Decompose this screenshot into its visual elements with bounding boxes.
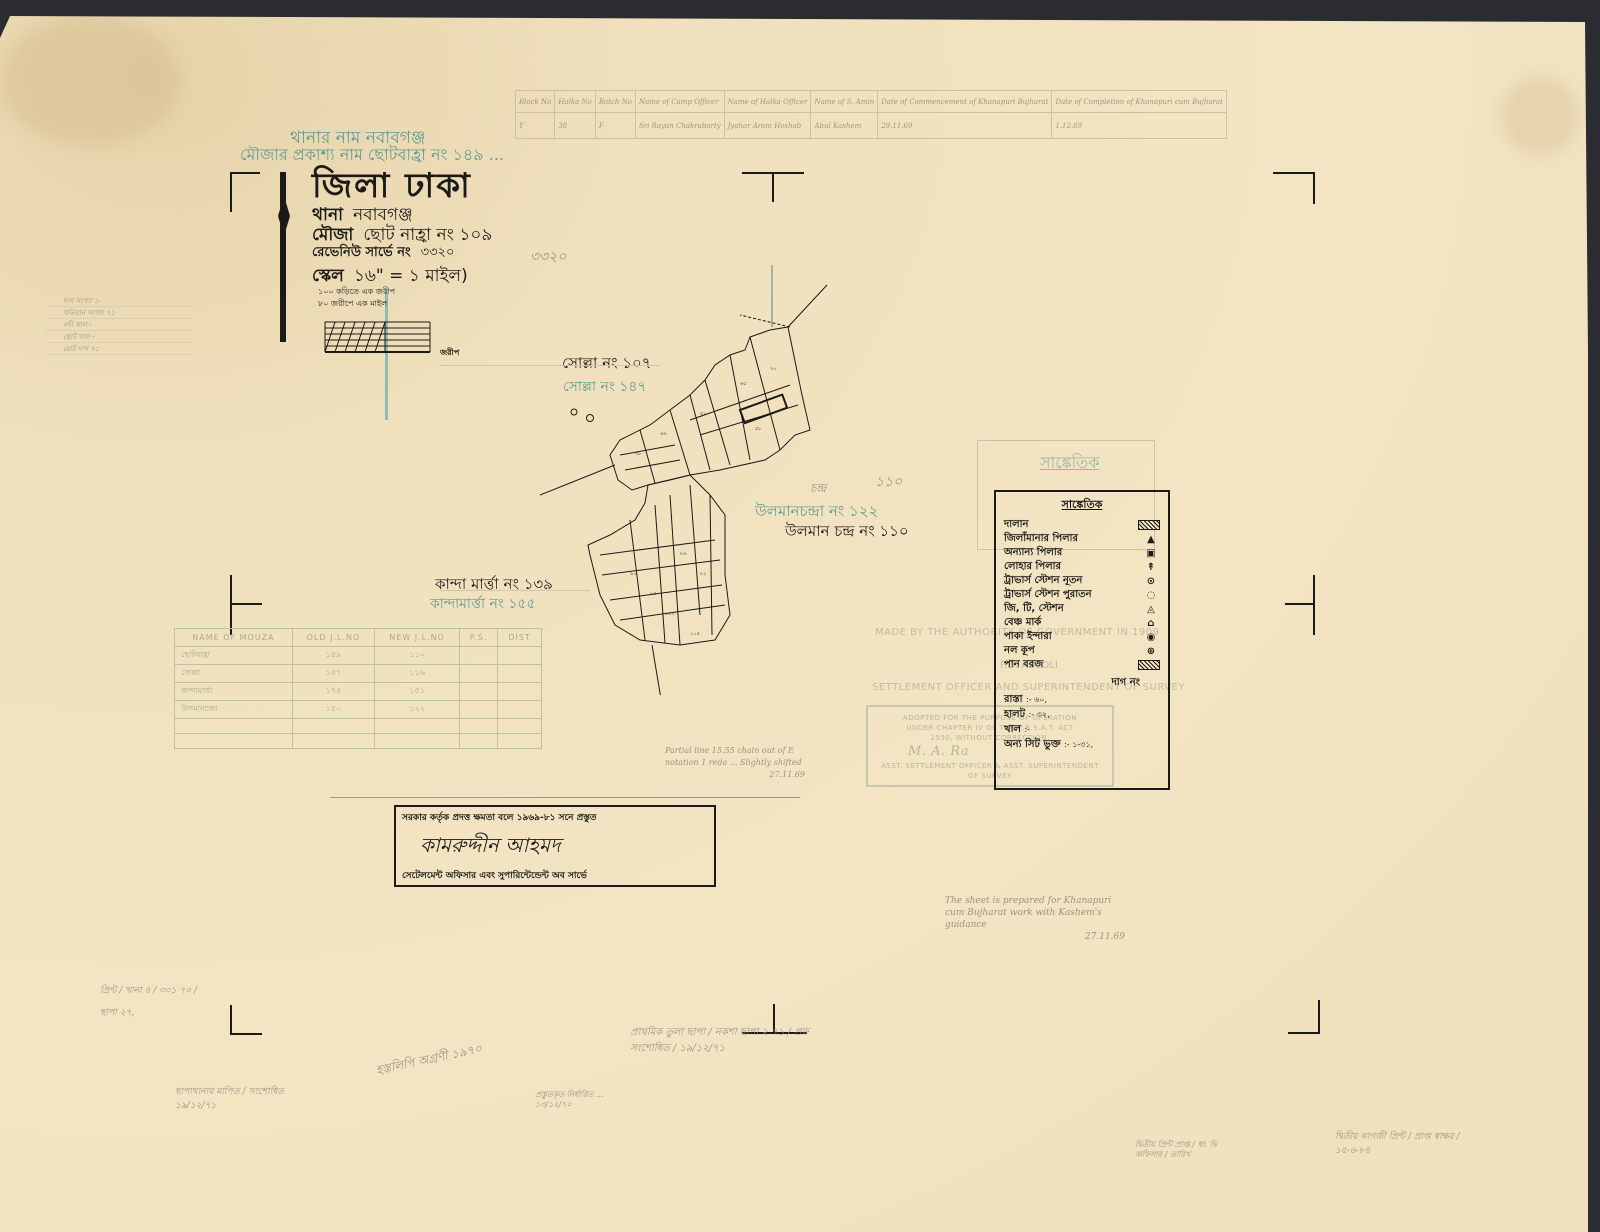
column-header-old-jl: OLD J.L.NO	[292, 629, 374, 647]
left-summary-list: দাগ সংখ্যা ১- খতিয়ান সংখ্যা ৭১ নদী খাল …	[45, 295, 195, 355]
dist-cell	[498, 683, 542, 701]
ps-cell	[460, 719, 498, 734]
register-cell: 1.12.69	[1052, 113, 1227, 139]
ps-cell	[460, 683, 498, 701]
iron-pillar-icon: ↟	[1142, 562, 1160, 573]
dag-number-header: দাগ নং	[1004, 675, 1160, 692]
entry-label: রাস্তা	[1004, 694, 1023, 705]
register-header: Name of Halka Officer	[724, 91, 811, 113]
left-list-item: খতিয়ান সংখ্যা ৭১	[45, 307, 195, 319]
register-header: Halka No	[555, 91, 596, 113]
crop-mark-right-stem	[1313, 575, 1315, 635]
village-underline	[440, 365, 660, 366]
scale-note-2: ৮০ জরীপে এক মাইল	[318, 298, 387, 311]
register-header: Date of Completion of Khanapuri cum Bujh…	[1052, 91, 1227, 113]
register-cell: F	[595, 113, 635, 139]
new-jl-cell: ১১৬	[375, 665, 460, 683]
crop-mark-right-arm	[1285, 603, 1315, 605]
ornament-bar	[280, 172, 286, 342]
crop-mark-tr	[1273, 172, 1315, 204]
dist-cell	[498, 647, 542, 665]
register-cell: 29.11.69	[878, 113, 1052, 139]
column-header-mouza: NAME OF MOUZA	[175, 629, 293, 647]
well-icon: ◉	[1142, 632, 1160, 643]
pencil-110: ১১০	[875, 470, 902, 494]
crop-mark-left-arm	[230, 603, 262, 605]
mouza-table-header: NAME OF MOUZA OLD J.L.NO NEW J.L.NO P.S.…	[175, 629, 542, 647]
crop-mark-tl	[230, 172, 260, 212]
pencil-note-date: 27.11.69	[665, 769, 805, 781]
register-header: Date of Commencement of Khanapuri Bujhar…	[878, 91, 1052, 113]
dist-cell	[498, 665, 542, 683]
table-row: ছোটবাহ্রা ১৪৯ ১১০	[175, 647, 542, 665]
mouza-name-cell: ছোটবাহ্রা	[175, 647, 293, 665]
mouza-name-cell	[175, 719, 293, 734]
svg-text:৩৮: ৩৮	[635, 451, 642, 457]
traverse-old-icon: ◌	[1142, 590, 1160, 601]
cadastral-plot-map: ৩৮৪৬৫০৬৫ ৭০৫৮৯০৯৫ ৮৬৮২১০২১০৫	[540, 255, 840, 695]
revenue-survey-label: রেভেনিউ সার্ভে নং	[312, 245, 411, 260]
old-jl-cell: ১৫০	[292, 701, 374, 719]
crop-mark-br	[1288, 1000, 1320, 1034]
svg-text:৬৫: ৬৫	[740, 381, 747, 387]
entry-label: হালট	[1004, 709, 1025, 720]
bench-mark-icon: ⌂	[1142, 618, 1160, 629]
traverse-new-icon: ⊙	[1142, 576, 1160, 587]
legend-box: সাঙ্কেতিক দালান জিলাঁমানার পিলার▲ অন্যান…	[994, 490, 1170, 790]
old-jl-cell: ১৪৭	[292, 665, 374, 683]
triangle-pillar-icon: ▲	[1142, 534, 1160, 545]
register-cell: Abul Kashem	[811, 113, 878, 139]
new-jl-cell: ১২২	[375, 701, 460, 719]
pencil-note-bottom-center: প্রাথমিক তুলা ছাপা / নকশা ছাপা ২ ৭১ / প্…	[630, 1025, 820, 1057]
mouza-name-cell	[175, 734, 293, 749]
old-jl-cell: ১৪৯	[292, 647, 374, 665]
mouza-jl-table: NAME OF MOUZA OLD J.L.NO NEW J.L.NO P.S.…	[174, 628, 542, 749]
mouza-name-cell: কান্দামার্ত্তা	[175, 683, 293, 701]
old-jl-cell	[292, 719, 374, 734]
legend-item-betel-garden: পান বরজ	[1004, 658, 1160, 672]
ps-cell	[460, 734, 498, 749]
register-header: Name of Camp Officer	[635, 91, 724, 113]
revenue-survey-line: রেভেনিউ সার্ভে নং৩৩২০	[312, 243, 454, 264]
dist-cell	[498, 734, 542, 749]
legend-title: সাঙ্কেতিক	[1004, 496, 1160, 515]
signature-rule	[330, 797, 800, 798]
pencil-note-sheet: The sheet is prepared for Khanapuri cum …	[945, 895, 1125, 943]
revenue-survey-value: ৩৩২০	[421, 245, 455, 260]
register-header: Batch No	[595, 91, 635, 113]
svg-text:৮২: ৮২	[700, 571, 707, 577]
svg-text:৭০: ৭০	[770, 366, 777, 372]
station-circle-marker	[586, 414, 594, 422]
register-header: Block No	[516, 91, 555, 113]
tubewell-icon: ⊕	[1142, 646, 1160, 657]
crop-mark-bl	[230, 1005, 262, 1035]
ps-cell	[460, 665, 498, 683]
officer-designation: সেটেলমেন্ট অফিসার এবং সুপারিন্টেন্ডেন্ট …	[402, 868, 708, 883]
left-list-item: নদী খাল -	[45, 319, 195, 331]
pencil-note-bottom-left-2: ছাপাখানায় মাপিত / সংশোধিত ১৯/১২/৭১	[175, 1085, 285, 1113]
entry-label: খাল	[1004, 724, 1021, 735]
register-cell: 38	[555, 113, 596, 139]
scale-label: স্কেল	[312, 266, 344, 286]
old-jl-cell	[292, 734, 374, 749]
entry-value: :-	[1024, 725, 1030, 734]
legend-entry-other-sheet: অন্য সিট ভুক্ত :- ১-৩১,	[1004, 737, 1160, 752]
mouza-value: ছোট নাহ্রা নং ১০৯	[363, 225, 492, 245]
village-underline	[440, 590, 590, 591]
register-table: Block No Halka No Batch No Name of Camp …	[515, 90, 1227, 139]
table-row	[175, 719, 542, 734]
new-jl-cell	[375, 719, 460, 734]
table-row: কান্দামার্ত্তা ১৭৫ ১৫১	[175, 683, 542, 701]
pencil-note-text: Partial line 15.55 chain out of E notati…	[665, 745, 805, 769]
svg-text:১০২: ১০২	[665, 611, 675, 617]
pencil-note-bottom-right-1: দ্বিতীয় প্রিন্ট প্রাপ্ত / স্বা: দ্বি অফ…	[1135, 1140, 1245, 1160]
column-header-ps: P.S.	[460, 629, 498, 647]
left-list-item: মোট দাগ ৭১	[45, 343, 195, 355]
entry-label: অন্য সিট ভুক্ত	[1004, 739, 1061, 750]
svg-text:৪৬: ৪৬	[660, 431, 667, 437]
column-header-new-jl: NEW J.L.NO	[375, 629, 460, 647]
square-pillar-icon: ▣	[1142, 548, 1160, 559]
legend-entry-road: রাস্তা :- ৬০,	[1004, 692, 1160, 707]
register-cell: Y	[516, 113, 555, 139]
entry-value: :- ১-৩১,	[1064, 740, 1093, 749]
old-jl-cell: ১৭৫	[292, 683, 374, 701]
pencil-note-date: 27.11.69	[945, 931, 1125, 943]
village-label-ulmanchandra-ink: উলমান চন্দ্র নং ১১০	[785, 520, 909, 545]
register-value-row: Y 38 F Sri Rayan Chakrabarty Jyahar Aram…	[516, 113, 1227, 139]
table-row: সোল্লা ১৪৭ ১১৬	[175, 665, 542, 683]
prepared-by-authority-text: সরকার কর্তৃক প্রদত্ত ক্ষমতা বলে ১৯৬৯-৮১ …	[402, 810, 708, 825]
svg-text:৯০: ৯০	[630, 571, 637, 577]
mouza-name-cell: সোল্লা	[175, 665, 293, 683]
svg-text:৫৮: ৫৮	[755, 426, 762, 432]
pencil-note-bottom-left-1: প্রিন্ট / খানা ৪ / ৩০১ ৭০ / ছাপা ২৭,	[100, 980, 210, 1024]
scale-value: ১৬" = ১ মাইল)	[354, 266, 468, 286]
pencil-chandra: চন্দ্র	[810, 480, 826, 500]
faint-legend-title: সাঙ্কেতিক	[1040, 450, 1099, 477]
pencil-note-text: The sheet is prepared for Khanapuri cum …	[945, 895, 1125, 931]
mouza-name-cell: উলমানচন্দ্রা	[175, 701, 293, 719]
crop-mark-top-stem	[772, 172, 774, 202]
scale-bar	[320, 320, 435, 360]
dist-cell	[498, 701, 542, 719]
svg-text:৫০: ৫০	[700, 411, 707, 417]
paper-stain	[1500, 76, 1580, 156]
new-jl-cell: ১১০	[375, 647, 460, 665]
table-row: উলমানচন্দ্রা ১৫০ ১২২	[175, 701, 542, 719]
pencil-note-bottom-right-2: দ্বিতীয় কাগজী প্রিন্ট / প্রাপ্ত স্বাক্ষ…	[1335, 1130, 1485, 1158]
register-cell: Jyahar Aram Hoshab	[724, 113, 811, 139]
new-jl-cell: ১৫১	[375, 683, 460, 701]
left-list-item: ছোট খাল -	[45, 331, 195, 343]
scale-bar-unit: জরীপ	[440, 347, 459, 360]
register-cell: Sri Rayan Chakrabarty	[635, 113, 724, 139]
entry-value: :- ৩২,	[1029, 710, 1050, 719]
new-jl-cell	[375, 734, 460, 749]
building-hatch-icon	[1138, 520, 1160, 530]
signature-box: সরকার কর্তৃক প্রদত্ত ক্ষমতা বলে ১৯৬৯-৮১ …	[394, 805, 716, 887]
svg-text:৮৬: ৮৬	[680, 551, 687, 557]
left-list-item: দাগ সংখ্যা ১-	[45, 295, 195, 307]
mouza-label: মৌজা	[312, 225, 353, 245]
register-header: Name of S. Amin	[811, 91, 878, 113]
crop-mark-left-stem	[230, 575, 232, 635]
legend-label: পান বরজ	[1004, 657, 1043, 674]
gt-station-icon: ◬	[1142, 604, 1160, 615]
paper-stain	[0, 16, 180, 146]
pencil-note-partial: Partial line 15.55 chain out of E notati…	[665, 745, 805, 781]
entry-value: :- ৬০,	[1026, 695, 1047, 704]
betel-hatch-icon	[1138, 660, 1160, 670]
officer-signature: কামরুদ্দীন আহমদ	[402, 831, 708, 864]
svg-text:৯৫: ৯৫	[650, 591, 657, 597]
village-label-solla-green: সোল্লা নং ১৪৭	[563, 375, 647, 399]
register-header-row: Block No Halka No Batch No Name of Camp …	[516, 91, 1227, 113]
dist-cell	[498, 719, 542, 734]
column-header-dist: DIST	[498, 629, 542, 647]
svg-text:১০৫: ১০৫	[690, 631, 700, 637]
ps-cell	[460, 701, 498, 719]
pencil-note-center: প্রস্তুতকৃত নির্ধারিত ... ১৩/১২/৭০	[535, 1090, 625, 1110]
ps-cell	[460, 647, 498, 665]
table-row	[175, 734, 542, 749]
legend-entry-halot: হালট :- ৩২,	[1004, 707, 1160, 722]
legend-entry-canal: খাল :-	[1004, 722, 1160, 737]
village-label-kandamartta-green: কান্দামার্ত্তা নং ১৫৫	[430, 592, 536, 616]
